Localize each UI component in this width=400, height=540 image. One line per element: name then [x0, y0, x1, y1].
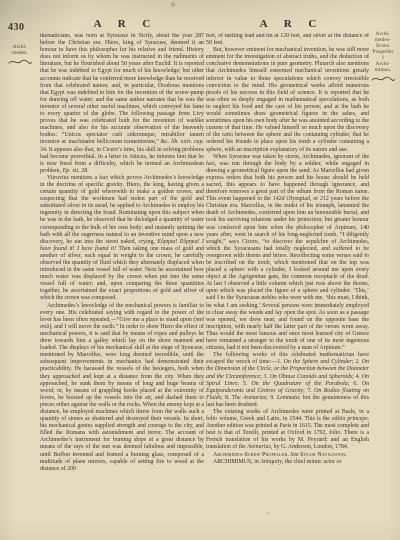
running-head-right: A R C [206, 18, 370, 30]
page-number: 430 [8, 22, 25, 33]
paragraph: thematicians, was born at Syracuse in Si… [40, 33, 204, 175]
margin-note-archimedes-screw-archimimus: Archi-medes-ScrewPropeller‖Archi-mimus. [367, 31, 399, 83]
text-column-right: feet, of melting lead and tin at 120 fee… [206, 33, 369, 507]
paragraph: But, however eminent for mechanical inve… [206, 47, 369, 153]
paragraph: feet, of melting lead and tin at 120 fee… [206, 33, 369, 47]
paragraph: When Syracuse was taken by storm, Archim… [206, 154, 369, 353]
margin-note-text: Archi-medes. [3, 44, 37, 56]
paragraph: Archimedes-Screw Propeller. See Steam Na… [206, 452, 369, 459]
text-column-left: thematicians, was born at Syracuse in Si… [40, 33, 204, 507]
book-page: { "page": { "number": "430", "running_he… [0, 0, 400, 540]
margin-note-archimedes: Archi-medes. [3, 44, 37, 66]
running-head-left: A R C [40, 18, 204, 30]
ink-speck [267, 512, 269, 514]
paragraph: The following works of this celebrated m… [206, 352, 369, 409]
paragraph: Vitruvius mentions a fact which proves A… [40, 175, 204, 303]
paragraph: The existing works of Archimedes were pr… [206, 409, 369, 452]
ink-speck [171, 2, 175, 7]
paragraph: ARCHIMIMUS, in Antiquity, the chief mimi… [206, 459, 369, 466]
flourish-icon [8, 58, 32, 66]
paragraph: Archimedes’s knowledge of the mechanical… [40, 303, 204, 473]
margin-note-text: Archi-medes-ScrewPropeller‖Archi-mimus. [367, 31, 399, 73]
flourish-icon [371, 75, 395, 83]
